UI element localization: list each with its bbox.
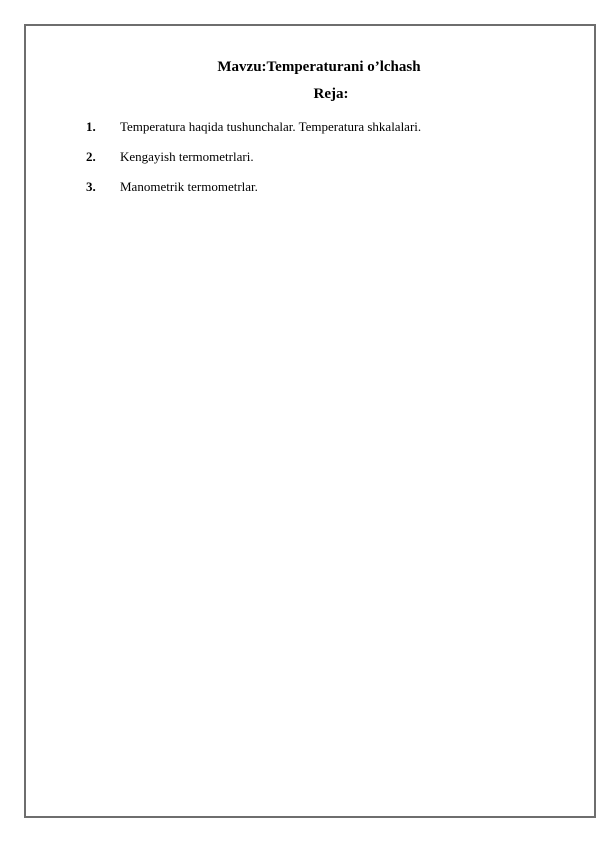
plan-item-text: Temperatura haqida tushunchalar. Tempera…: [120, 119, 421, 135]
plan-item-text: Kengayish termometrlari.: [120, 149, 254, 165]
plan-item-number: 1.: [86, 119, 96, 135]
document-title: Mavzu:Temperaturani o’lchash: [0, 59, 596, 76]
plan-item-text: Manometrik termometrlar.: [120, 179, 258, 195]
plan-item-number: 3.: [86, 179, 96, 195]
page-border: [24, 24, 596, 818]
plan-item-number: 2.: [86, 149, 96, 165]
plan-heading: Reja:: [0, 86, 596, 103]
